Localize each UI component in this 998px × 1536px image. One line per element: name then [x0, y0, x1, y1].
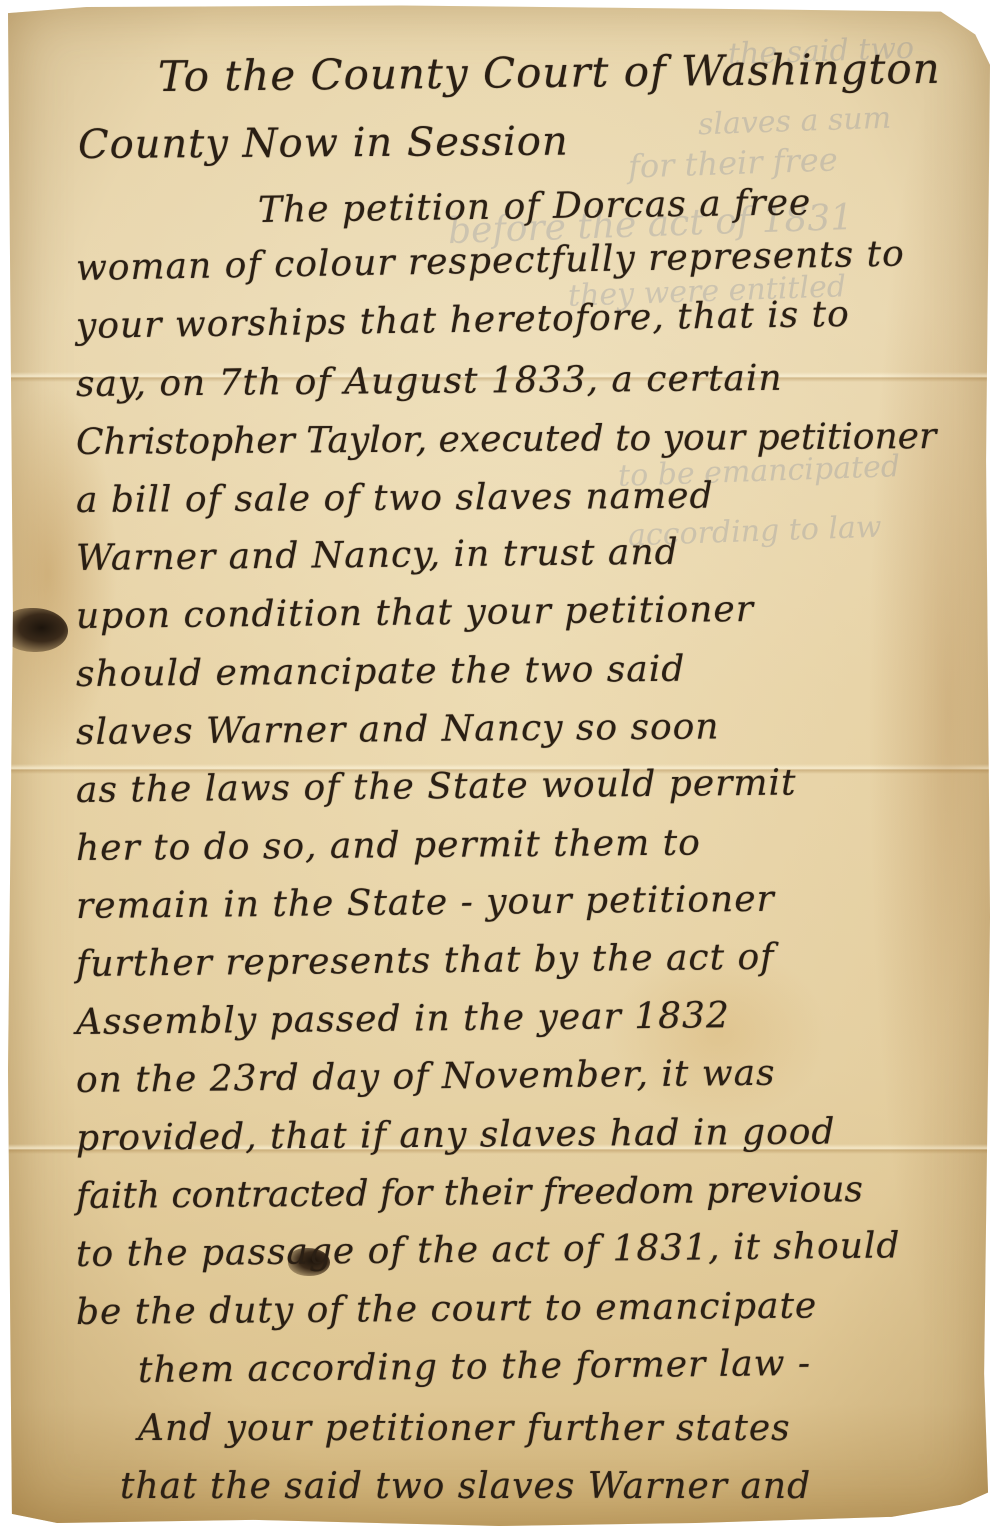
document-page: the said two slaves a sum for their free… — [8, 4, 990, 1526]
body-line: her to do so, and permit them to — [76, 823, 701, 869]
body-line: Christopher Taylor, executed to your pet… — [76, 416, 937, 463]
body-line: them according to the former law - — [138, 1343, 812, 1391]
body-line: as the laws of the State would permit — [76, 762, 797, 811]
body-line: And your petitioner further states — [138, 1408, 791, 1449]
body-line: your worships that heretofore, that is t… — [76, 294, 850, 347]
body-line: be the duty of the court to emancipate — [76, 1286, 818, 1333]
body-line: Warner and Nancy, in trust and — [76, 532, 679, 579]
body-line: should emancipate the two said — [76, 649, 686, 695]
body-line: Assembly passed in the year 1832 — [76, 995, 730, 1043]
body-line: upon condition that your petitioner — [76, 589, 754, 637]
body-line: slaves Warner and Nancy so soon — [76, 706, 720, 753]
body-line: say, on 7th of August 1833, a certain — [76, 358, 783, 405]
body-line: a bill of sale of two slaves named — [76, 476, 714, 521]
body-line: that the said two slaves Warner and — [120, 1466, 811, 1507]
body-line: provided, that if any slaves had in good — [76, 1111, 836, 1159]
body-line: The petition of Dorcas a free — [258, 182, 812, 231]
handwritten-text: To the County Court of Washington County… — [8, 4, 990, 1526]
body-line: to the passage of the act of 1831, it sh… — [76, 1225, 901, 1275]
body-line: faith contracted for their freedom previ… — [76, 1169, 863, 1217]
heading-line: To the County Court of Washington — [158, 44, 941, 101]
body-line: on the 23rd day of November, it was — [76, 1053, 776, 1101]
heading-line: County Now in Session — [78, 119, 569, 168]
body-line: woman of colour respectfully represents … — [76, 234, 905, 289]
body-line: remain in the State - your petitioner — [76, 879, 775, 927]
body-line: further represents that by the act of — [76, 937, 775, 985]
